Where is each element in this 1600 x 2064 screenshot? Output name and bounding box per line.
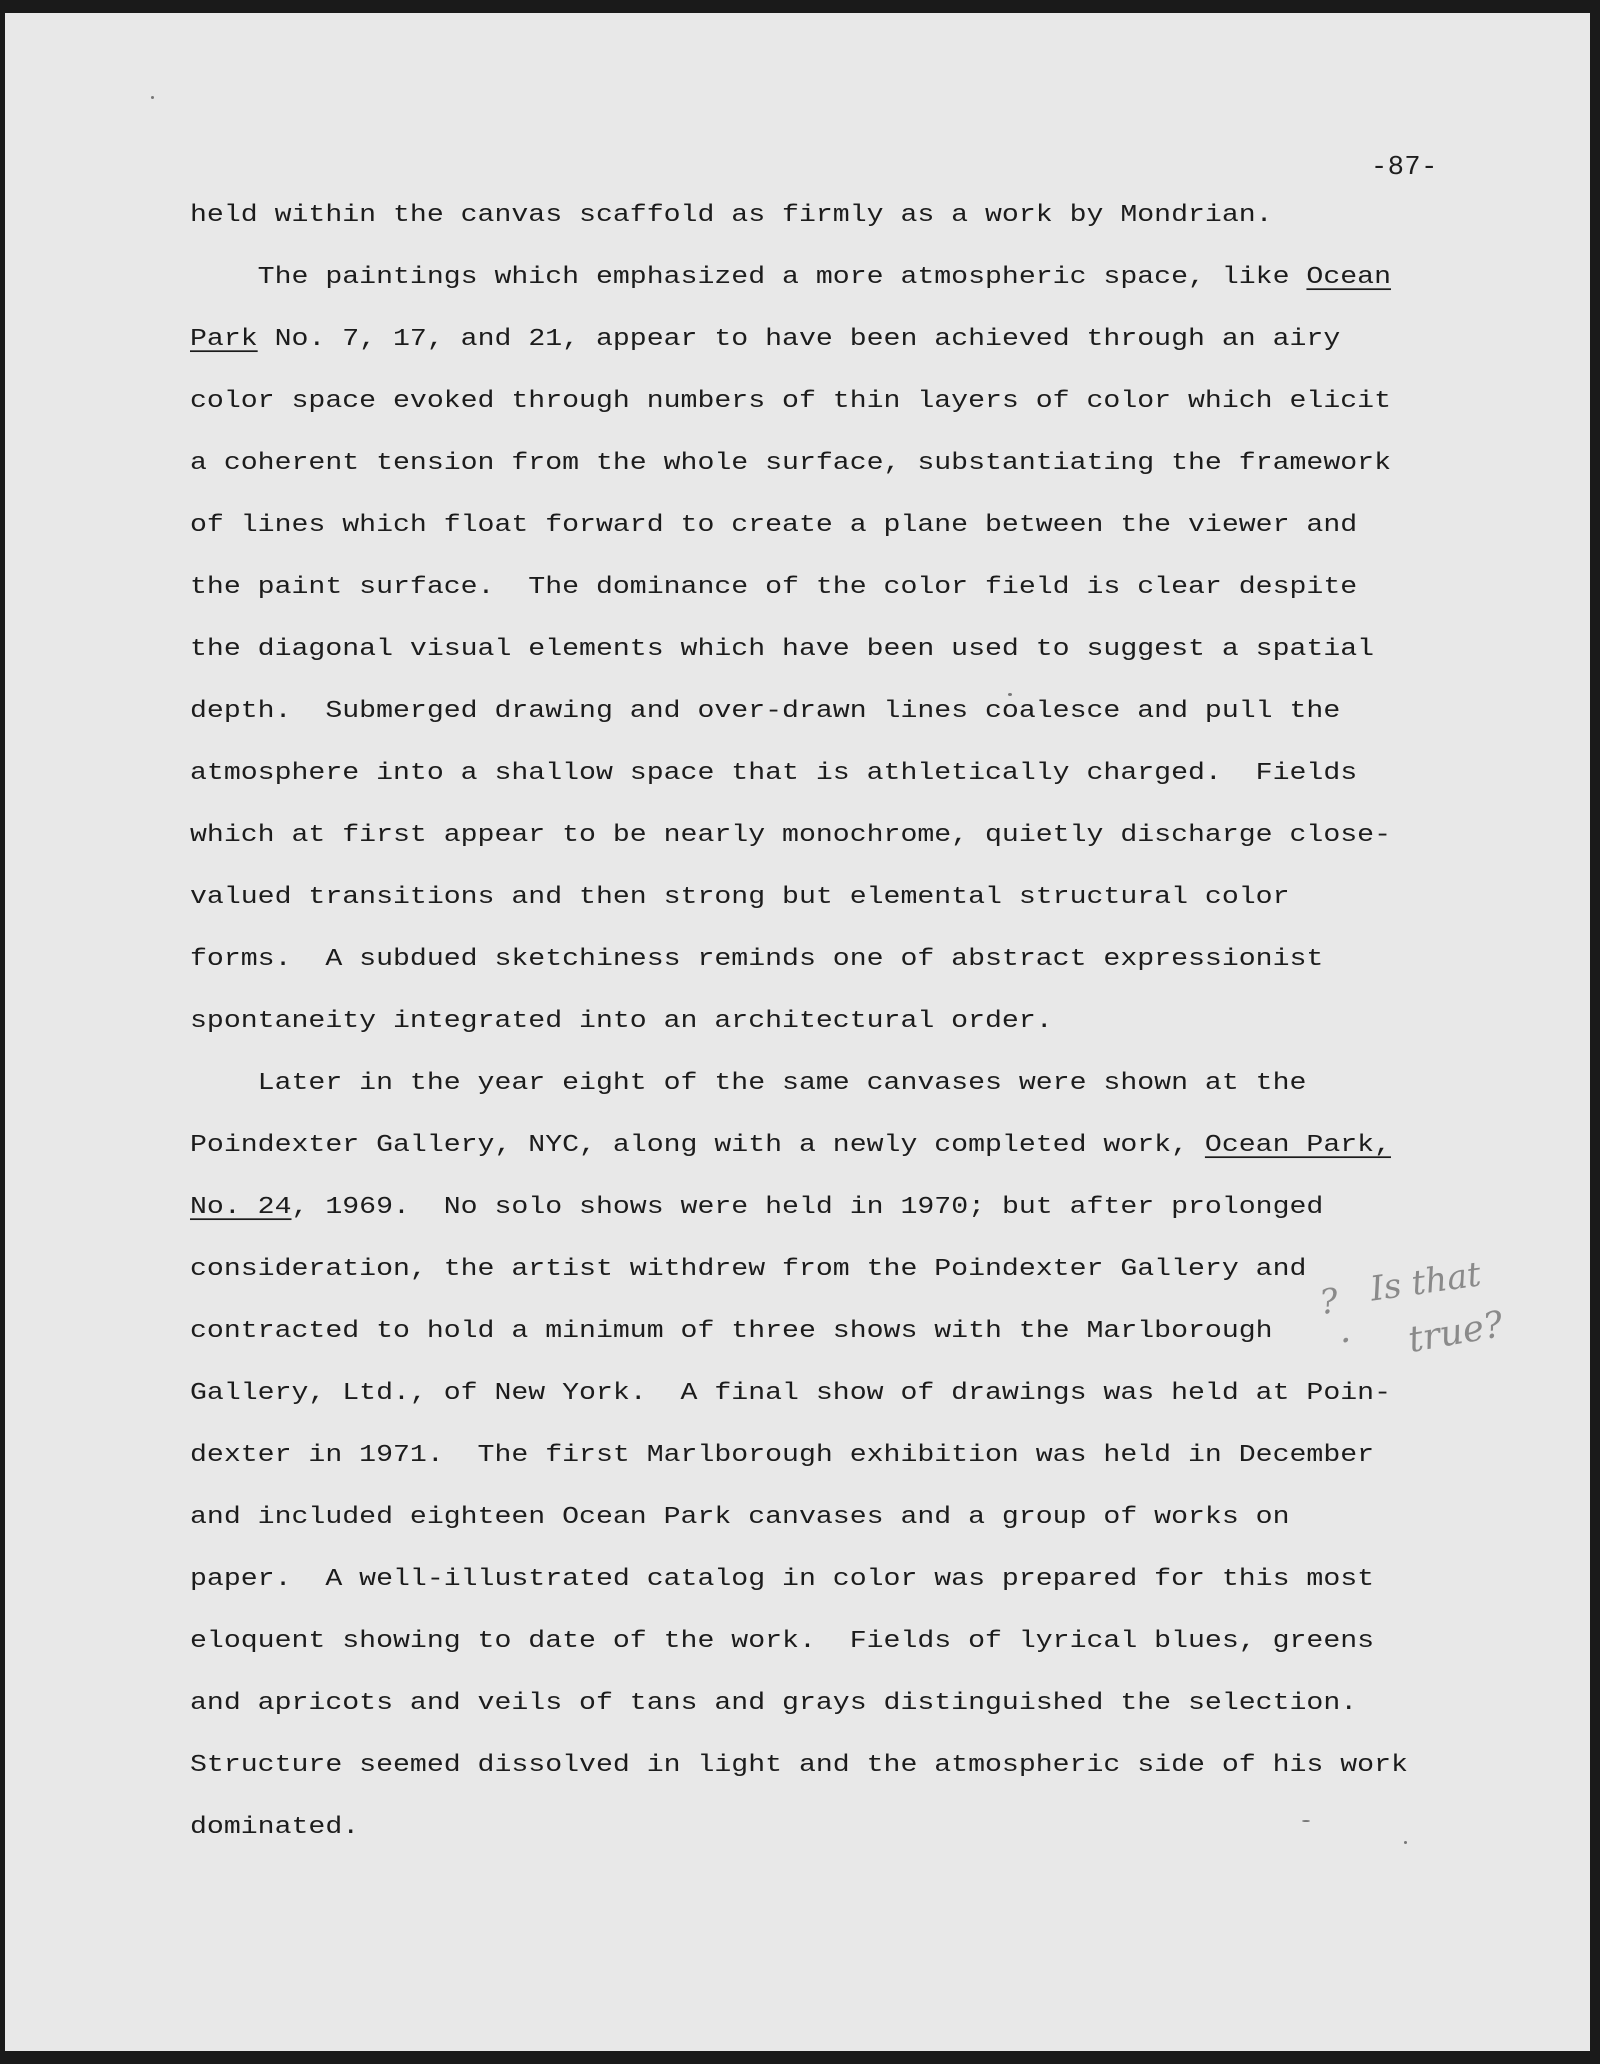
text-line: which at first appear to be nearly monoc… [190, 821, 1391, 850]
text-line: dexter in 1971. The first Marlborough ex… [190, 1441, 1374, 1470]
page-number: -87- [1371, 153, 1438, 183]
text-segment: held within the canvas scaffold as firml… [190, 202, 1273, 229]
text-line: forms. A subdued sketchiness reminds one… [190, 945, 1323, 974]
text-segment: The paintings which emphasized a more at… [190, 264, 1306, 291]
text-line: Structure seemed dissolved in light and … [190, 1751, 1408, 1780]
text-line: contracted to hold a minimum of three sh… [190, 1317, 1273, 1346]
text-segment: eloquent showing to date of the work. Fi… [190, 1628, 1374, 1655]
text-segment: , 1969. No solo shows were held in 1970;… [292, 1194, 1324, 1221]
text-segment: and apricots and veils of tans and grays… [190, 1690, 1357, 1717]
text-line: a coherent tension from the whole surfac… [190, 449, 1391, 478]
text-line: atmosphere into a shallow space that is … [190, 759, 1357, 788]
annotation-question-mark: ? [1317, 1281, 1341, 1323]
text-segment: and included eighteen Ocean Park canvase… [190, 1504, 1290, 1531]
paper-speck [1302, 1820, 1310, 1822]
text-line: paper. A well-illustrated catalog in col… [190, 1565, 1374, 1594]
text-segment: Gallery, Ltd., of New York. A final show… [190, 1380, 1391, 1407]
text-line: The paintings which emphasized a more at… [190, 263, 1391, 292]
text-segment: consideration, the artist withdrew from … [190, 1256, 1306, 1283]
annotation-dot: . [1340, 1310, 1351, 1351]
text-segment: forms. A subdued sketchiness reminds one… [190, 946, 1323, 973]
text-line: valued transitions and then strong but e… [190, 883, 1290, 912]
text-line: depth. Submerged drawing and over-drawn … [190, 697, 1340, 726]
text-segment: the diagonal visual elements which have … [190, 636, 1374, 663]
text-line: eloquent showing to date of the work. Fi… [190, 1627, 1374, 1656]
text-line: the paint surface. The dominance of the … [190, 573, 1357, 602]
underlined-title: Park [190, 326, 258, 353]
handwritten-annotation: ? Is that . true? [1318, 1262, 1578, 1372]
annotation-line-2: true? [1405, 1304, 1506, 1361]
underlined-title: No. 24 [190, 1194, 292, 1221]
text-segment: atmosphere into a shallow space that is … [190, 760, 1357, 787]
text-line: held within the canvas scaffold as firml… [190, 201, 1273, 230]
text-segment: Poindexter Gallery, NYC, along with a ne… [190, 1132, 1205, 1159]
text-segment: dominated. [190, 1814, 359, 1841]
text-segment: color space evoked through numbers of th… [190, 388, 1391, 415]
annotation-line-1: Is that [1368, 1254, 1484, 1309]
text-line: of lines which float forward to create a… [190, 511, 1357, 540]
text-line: color space evoked through numbers of th… [190, 387, 1391, 416]
text-segment: contracted to hold a minimum of three sh… [190, 1318, 1273, 1345]
text-line: Gallery, Ltd., of New York. A final show… [190, 1379, 1391, 1408]
text-line: consideration, the artist withdrew from … [190, 1255, 1306, 1284]
text-segment: spontaneity integrated into an architect… [190, 1008, 1053, 1035]
paper-speck [1404, 1841, 1407, 1844]
text-segment: dexter in 1971. The first Marlborough ex… [190, 1442, 1374, 1469]
text-segment: No. 7, 17, and 21, appear to have been a… [258, 326, 1341, 353]
text-segment: depth. Submerged drawing and over-drawn … [190, 698, 1340, 725]
text-segment: Later in the year eight of the same canv… [190, 1070, 1306, 1097]
underlined-title: Ocean Park, [1205, 1132, 1391, 1159]
text-segment: valued transitions and then strong but e… [190, 884, 1290, 911]
text-line: No. 24, 1969. No solo shows were held in… [190, 1193, 1323, 1222]
text-segment: the paint surface. The dominance of the … [190, 574, 1357, 601]
text-line: spontaneity integrated into an architect… [190, 1007, 1053, 1036]
text-segment: paper. A well-illustrated catalog in col… [190, 1566, 1374, 1593]
text-line: the diagonal visual elements which have … [190, 635, 1374, 664]
text-line: Park No. 7, 17, and 21, appear to have b… [190, 325, 1340, 354]
text-line: and apricots and veils of tans and grays… [190, 1689, 1357, 1718]
paper-speck [1008, 693, 1012, 696]
text-line: dominated. [190, 1813, 359, 1842]
paper-speck [151, 96, 154, 99]
text-line: and included eighteen Ocean Park canvase… [190, 1503, 1290, 1532]
underlined-title: Ocean [1306, 264, 1391, 291]
text-line: Poindexter Gallery, NYC, along with a ne… [190, 1131, 1391, 1160]
text-segment: Structure seemed dissolved in light and … [190, 1752, 1408, 1779]
text-segment: of lines which float forward to create a… [190, 512, 1357, 539]
text-segment: a coherent tension from the whole surfac… [190, 450, 1391, 477]
text-segment: which at first appear to be nearly monoc… [190, 822, 1391, 849]
text-line: Later in the year eight of the same canv… [190, 1069, 1306, 1098]
